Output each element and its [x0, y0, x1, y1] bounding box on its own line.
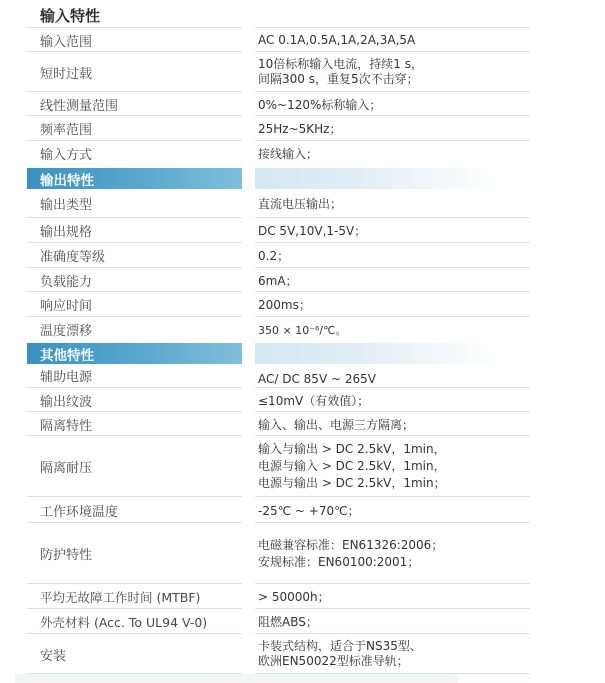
- spec-value: > 50000h；: [255, 584, 530, 609]
- spec-value: 0%~120%标称输入；: [255, 92, 530, 116]
- spec-row-protection: 防护特性 电磁兼容标准：EN61326:2006； 安规标准：EN60100:2…: [0, 523, 605, 584]
- spec-value-line: 输入与输出 > DC 2.5kV，1min，: [258, 441, 446, 458]
- spec-label: 输出类型: [27, 189, 242, 218]
- spec-label: 安装: [27, 634, 242, 674]
- spec-label: 输出规格: [27, 218, 242, 243]
- spec-label: 响应时间: [27, 292, 242, 317]
- spec-value: DC 5V,10V,1-5V；: [255, 218, 530, 243]
- spec-row-housing: 外壳材料 (Acc. To UL94 V-0) 阻燃ABS；: [0, 609, 605, 634]
- spec-label: 防护特性: [27, 523, 242, 584]
- spec-value: 10倍标称输入电流，持续1 s， 间隔300 s，重复5次不击穿；: [255, 52, 530, 92]
- bottom-band: [15, 674, 458, 683]
- spec-value: 输入、输出、电源三方隔离；: [255, 412, 530, 436]
- spec-label: 短时过载: [27, 52, 242, 92]
- spec-value: 6mA；: [255, 268, 530, 292]
- spec-value: 350 × 10⁻⁶/℃。: [255, 317, 530, 342]
- spec-label: 平均无故障工作时间 (MTBF): [27, 584, 242, 609]
- spec-label: 线性测量范围: [27, 92, 242, 116]
- spec-value: -25℃ ~ +70℃；: [255, 497, 530, 523]
- spec-row-short-overload: 短时过载 10倍标称输入电流，持续1 s， 间隔300 s，重复5次不击穿；: [0, 52, 605, 92]
- section-header-other: 其他特性: [27, 343, 242, 364]
- spec-row-response-time: 响应时间 200ms；: [0, 292, 605, 317]
- spec-value-line: 间隔300 s，重复5次不击穿；: [258, 72, 423, 87]
- spec-row-input-method: 输入方式 接线输入；: [0, 141, 605, 165]
- spec-label: 输入方式: [27, 141, 242, 165]
- spec-label: 隔离耐压: [27, 436, 242, 497]
- section-header-bar-right: [255, 343, 495, 364]
- spec-row-mtbf: 平均无故障工作时间 (MTBF) > 50000h；: [0, 584, 605, 609]
- spec-row-mounting: 安装 卡装式结构，适合于NS35型、 欧洲EN50022型标准导轨；: [0, 634, 605, 674]
- spec-row-output-type: 输出类型 直流电压输出；: [0, 189, 605, 218]
- spec-value-line: 欧洲EN50022型标准导轨；: [258, 654, 422, 669]
- spec-label: 隔离特性: [27, 412, 242, 436]
- spec-label: 输出纹波: [27, 388, 242, 412]
- spec-row-operating-temp: 工作环境温度 -25℃ ~ +70℃；: [0, 497, 605, 523]
- spec-row-aux-power: 辅助电源 AC/ DC 85V ~ 265V: [0, 364, 605, 388]
- spec-value-line: 电源与输入 > DC 2.5kV，1min，: [258, 458, 446, 475]
- spec-label: 频率范围: [27, 116, 242, 141]
- spec-row-temp-drift: 温度漂移 350 × 10⁻⁶/℃。: [0, 317, 605, 342]
- spec-row-isolation: 隔离特性 输入、输出、电源三方隔离；: [0, 412, 605, 436]
- spec-label: 温度漂移: [27, 317, 242, 342]
- spec-value-line: 安规标准：EN60100:2001；: [258, 554, 443, 571]
- spec-label: 准确度等级: [27, 243, 242, 268]
- spec-value: 25Hz~5KHz；: [255, 116, 530, 141]
- spec-label: 工作环境温度: [27, 497, 242, 523]
- spec-value: ≤10mV（有效值）；: [255, 388, 530, 412]
- spec-value: 0.2；: [255, 243, 530, 268]
- spec-row-input-range: 输入范围 AC 0.1A,0.5A,1A,2A,3A,5A: [0, 28, 605, 52]
- section-header-bar-right: [255, 168, 495, 189]
- spec-row-frequency: 频率范围 25Hz~5KHz；: [0, 116, 605, 141]
- spec-value-line: 卡装式结构，适合于NS35型、: [258, 639, 422, 654]
- spec-row-linear-range: 线性测量范围 0%~120%标称输入；: [0, 92, 605, 116]
- spec-value-line: 电源与输出 > DC 2.5kV，1min；: [258, 475, 446, 492]
- section-header-output: 输出特性: [27, 168, 242, 189]
- spec-label: 输入范围: [27, 28, 242, 52]
- spec-row-output-spec: 输出规格 DC 5V,10V,1-5V；: [0, 218, 605, 243]
- spec-label: 负载能力: [27, 268, 242, 292]
- spec-value: 阻燃ABS；: [255, 609, 530, 634]
- spec-value: AC/ DC 85V ~ 265V: [255, 364, 530, 388]
- section-title-row: [0, 5, 605, 28]
- spec-value: 接线输入；: [255, 141, 530, 165]
- spec-value: 电磁兼容标准：EN61326:2006； 安规标准：EN60100:2001；: [255, 523, 530, 584]
- spec-value-line: 电磁兼容标准：EN61326:2006；: [258, 537, 443, 554]
- spec-row-load-capacity: 负载能力 6mA；: [0, 268, 605, 292]
- spec-value: 卡装式结构，适合于NS35型、 欧洲EN50022型标准导轨；: [255, 634, 530, 674]
- spec-sheet: 输入特性 输入范围 AC 0.1A,0.5A,1A,2A,3A,5A 短时过载 …: [0, 0, 605, 683]
- spec-value-line: 10倍标称输入电流，持续1 s，: [258, 57, 423, 72]
- spec-value: AC 0.1A,0.5A,1A,2A,3A,5A: [255, 28, 530, 52]
- spec-label: 辅助电源: [27, 364, 242, 388]
- spec-label: 外壳材料 (Acc. To UL94 V-0): [27, 609, 242, 634]
- spec-row-ripple: 输出纹波 ≤10mV（有效值）；: [0, 388, 605, 412]
- spec-row-isolation-voltage: 隔离耐压 输入与输出 > DC 2.5kV，1min， 电源与输入 > DC 2…: [0, 436, 605, 497]
- spec-value: 200ms；: [255, 292, 530, 317]
- spec-value: 输入与输出 > DC 2.5kV，1min， 电源与输入 > DC 2.5kV，…: [255, 436, 530, 497]
- spec-row-accuracy: 准确度等级 0.2；: [0, 243, 605, 268]
- spec-value: 直流电压输出；: [255, 189, 530, 218]
